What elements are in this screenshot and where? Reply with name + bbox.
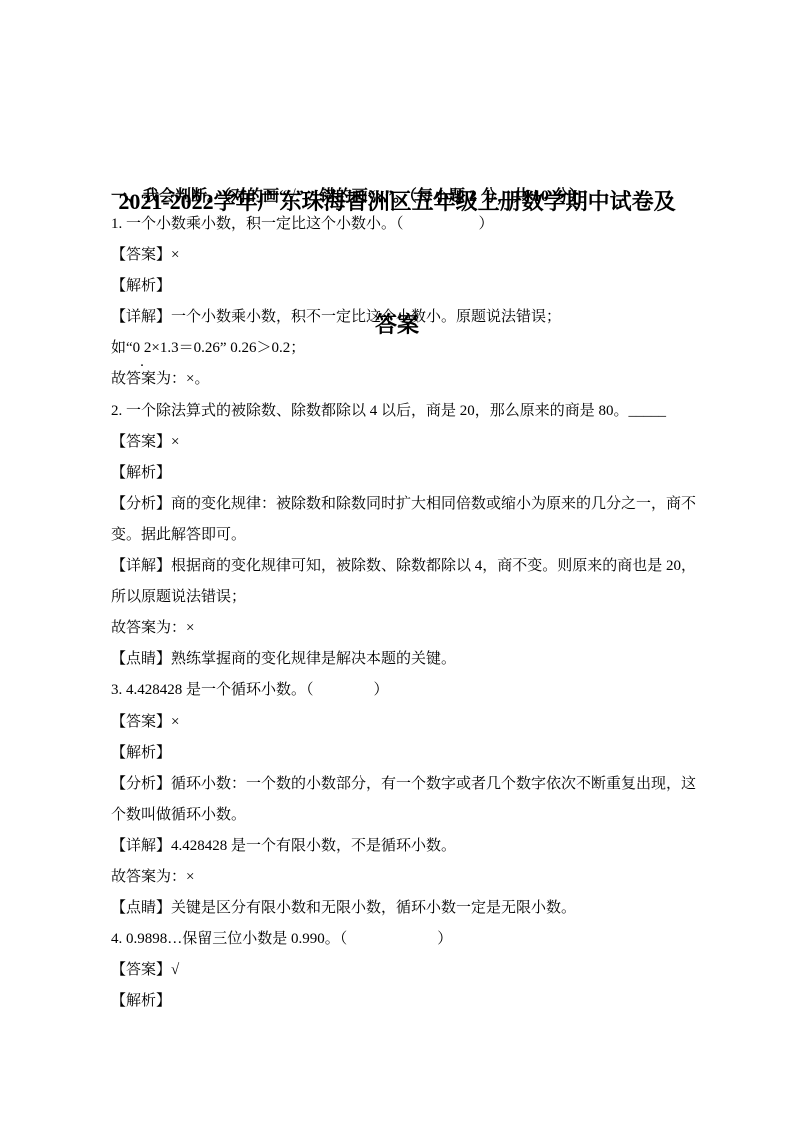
line-explanation-label: 【解析】 bbox=[111, 458, 683, 489]
line-analysis: 【分析】商的变化规律：被除数和除数同时扩大相同倍数或缩小为原来的几分之一，商不 bbox=[111, 489, 683, 520]
line-explanation-label: 【解析】 bbox=[111, 738, 683, 769]
example-pre: 如“0 bbox=[111, 340, 140, 356]
line-explanation-label: 【解析】 bbox=[111, 986, 683, 1017]
line-answer: 【答案】× bbox=[111, 707, 683, 738]
section-heading: 一、我会判断。（对的画“√”，错的画“×”。（每小题 2 分，共 10 分） bbox=[111, 186, 585, 207]
line-analysis-cont: 变。据此解答即可。 bbox=[111, 520, 683, 551]
line-answer: 【答案】× bbox=[111, 427, 683, 458]
example-post: 2×1.3＝0.26” 0.26＞0.2； bbox=[144, 340, 305, 356]
line-question-1: 1. 一个小数乘小数，积一定比这个小数小。（ ） bbox=[111, 209, 683, 240]
line-detail: 【详解】一个小数乘小数，积不一定比这个小数小。原题说法错误； bbox=[111, 302, 683, 333]
line-note: 【点睛】熟练掌握商的变化规律是解决本题的关键。 bbox=[111, 644, 683, 675]
line-question-2: 2. 一个除法算式的被除数、除数都除以 4 以后，商是 20，那么原来的商是 8… bbox=[111, 396, 683, 427]
line-detail: 【详解】4.428428 是一个有限小数，不是循环小数。 bbox=[111, 831, 683, 862]
document-body: 1. 一个小数乘小数，积一定比这个小数小。（ ）【答案】×【解析】【详解】一个小… bbox=[111, 209, 683, 1017]
line-explanation-label: 【解析】 bbox=[111, 271, 683, 302]
line-question-3: 3. 4.428428 是一个循环小数。（ ） bbox=[111, 675, 683, 706]
line-conclusion: 故答案为：× bbox=[111, 862, 683, 893]
line-answer: 【答案】× bbox=[111, 240, 683, 271]
dropped-decimal-point: . bbox=[140, 354, 144, 370]
line-conclusion: 故答案为：× bbox=[111, 613, 683, 644]
line-question-4: 4. 0.9898…保留三位小数是 0.990。（ ） bbox=[111, 924, 683, 955]
document-page: 2021-2022学年广东珠海香洲区五年级上册数学期中试卷及 答案 一、我会判断… bbox=[0, 0, 794, 1123]
line-note: 【点睛】关键是区分有限小数和无限小数，循环小数一定是无限小数。 bbox=[111, 893, 683, 924]
line-answer: 【答案】√ bbox=[111, 955, 683, 986]
line-analysis-cont: 个数叫做循环小数。 bbox=[111, 800, 683, 831]
line-detail-cont: 所以原题说法错误； bbox=[111, 582, 683, 613]
line-example: 如“0.2×1.3＝0.26” 0.26＞0.2； bbox=[111, 333, 683, 364]
line-detail: 【详解】根据商的变化规律可知，被除数、除数都除以 4，商不变。则原来的商也是 2… bbox=[111, 551, 683, 582]
line-conclusion: 故答案为：×。 bbox=[111, 364, 683, 395]
line-analysis: 【分析】循环小数：一个数的小数部分，有一个数字或者几个数字依次不断重复出现，这 bbox=[111, 769, 683, 800]
